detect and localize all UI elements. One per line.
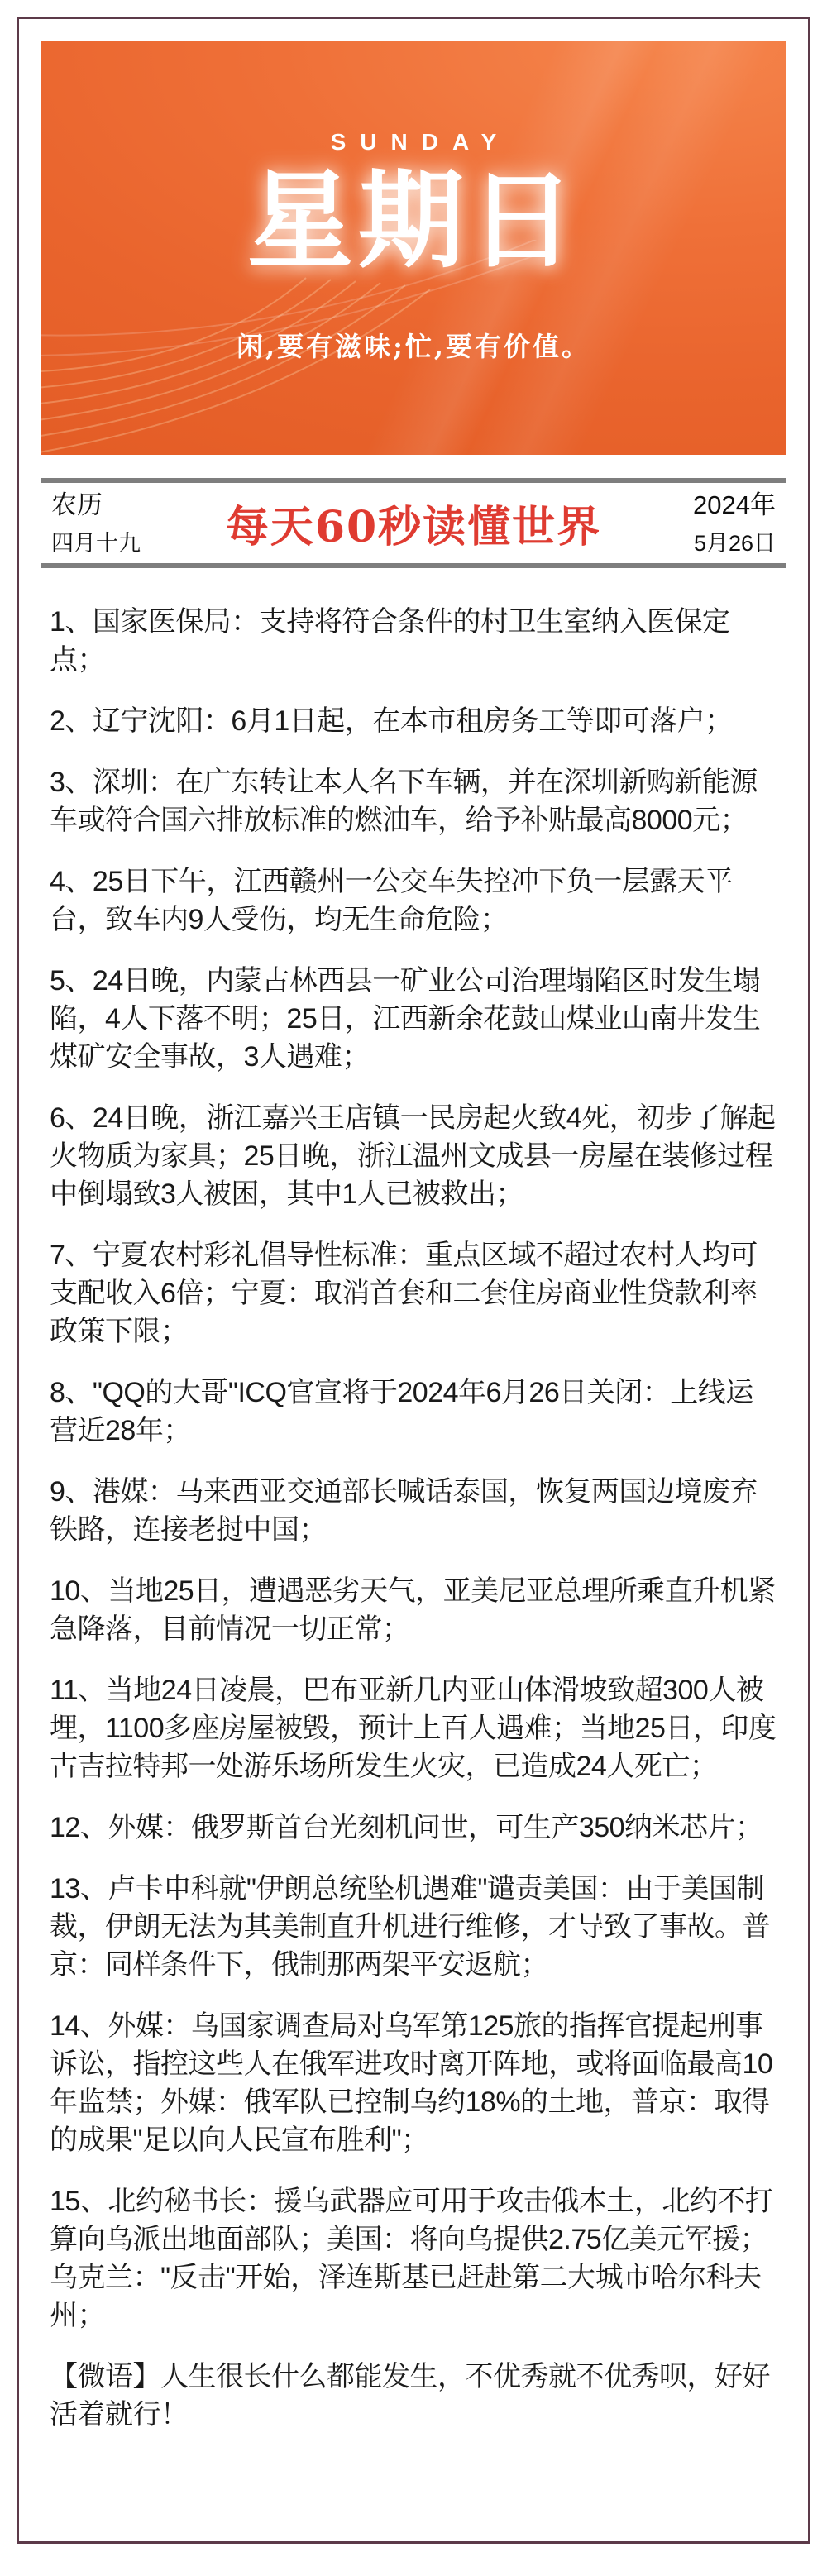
news-item: 14、外媒：乌国家调查局对乌军第125旅的指挥官提起刑事诉讼，指控这些人在俄军进… (50, 2007, 781, 2159)
news-digest-page: SUNDAY 星期日 闲,要有滋味;忙,要有价值。 农历 四月十九 每天60秒读… (0, 0, 827, 2576)
header-banner: SUNDAY 星期日 闲,要有滋味;忙,要有价值。 (41, 41, 786, 455)
news-item: 3、深圳：在广东转让本人名下车辆，并在深圳新购新能源车或符合国六排放标准的燃油车… (50, 763, 781, 839)
header-slogan: 闲,要有滋味;忙,要有价值。 (41, 326, 786, 364)
daily-title: 每天60秒读懂世界 (41, 483, 786, 563)
news-item: 7、宁夏农村彩礼倡导性标准：重点区域不超过农村人均可支配收入6倍；宁夏：取消首套… (50, 1236, 781, 1350)
news-item: 12、外媒：俄罗斯首台光刻机问世，可生产350纳米芯片； (50, 1809, 781, 1847)
weiyu-note: 【微语】人生很长什么都能发生，不优秀就不优秀呗，好好活着就行！ (50, 2358, 781, 2434)
news-item: 11、当地24日凌晨，巴布亚新几内亚山体滑坡致超300人被埋，1100多座房屋被… (50, 1671, 781, 1785)
news-item: 4、25日下午，江西赣州一公交车失控冲下负一层露天平台，致车内9人受伤，均无生命… (50, 863, 781, 939)
date-bar-row: 农历 四月十九 每天60秒读懂世界 2024年 5月26日 (41, 483, 786, 563)
page-frame: SUNDAY 星期日 闲,要有滋味;忙,要有价值。 农历 四月十九 每天60秒读… (17, 17, 810, 2544)
news-item: 10、当地25日，遭遇恶劣天气，亚美尼亚总理所乘直升机紧急降落，目前情况一切正常… (50, 1572, 781, 1648)
news-item: 1、国家医保局：支持将符合条件的村卫生室纳入医保定点； (50, 603, 781, 679)
news-item: 9、港媒：马来西亚交通部长喊话泰国，恢复两国边境废弃铁路，连接老挝中国； (50, 1473, 781, 1549)
news-item: 6、24日晚，浙江嘉兴王店镇一民房起火致4死，初步了解起火物质为家具；25日晚，… (50, 1099, 781, 1213)
news-item: 13、卢卡申科就"伊朗总统坠机遇难"谴责美国：由于美国制裁，伊朗无法为其美制直升… (50, 1870, 781, 1984)
news-item: 5、24日晚，内蒙古林西县一矿业公司治理塌陷区时发生塌陷，4人下落不明；25日，… (50, 962, 781, 1076)
news-list: 1、国家医保局：支持将符合条件的村卫生室纳入医保定点； 2、辽宁沈阳：6月1日起… (19, 568, 808, 2434)
news-item: 2、辽宁沈阳：6月1日起，在本市租房务工等即可落户； (50, 702, 781, 740)
year-label: 2024年 (693, 491, 776, 519)
news-item: 15、北约秘书长：援乌武器应可用于攻击俄本土，北约不打算向乌派出地面部队；美国：… (50, 2182, 781, 2335)
date-bar: 农历 四月十九 每天60秒读懂世界 2024年 5月26日 (41, 478, 786, 568)
news-item: 8、"QQ的大哥"ICQ官宣将于2024年6月26日关闭：上线运营近28年； (50, 1374, 781, 1450)
weekday-en: SUNDAY (41, 129, 786, 155)
weekday-zh: 星期日 (41, 159, 786, 283)
gregorian-column: 2024年 5月26日 (693, 491, 776, 556)
date-label: 5月26日 (693, 532, 776, 556)
